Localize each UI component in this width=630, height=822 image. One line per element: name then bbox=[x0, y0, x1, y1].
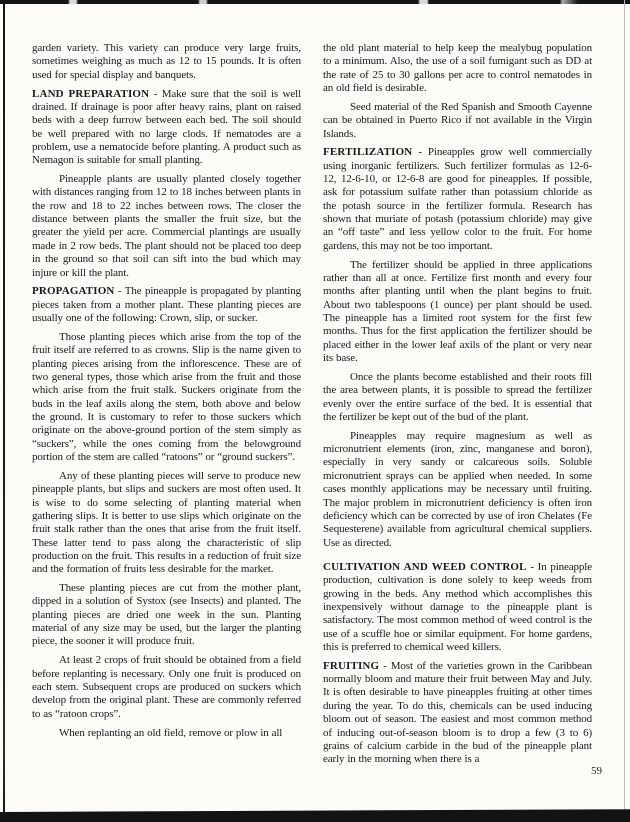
paragraph-fertilizer-applications: The fertilizer should be applied in thre… bbox=[323, 259, 592, 366]
paragraph-micronutrients: Pineapples may require magnesium as well… bbox=[323, 430, 592, 550]
paragraph-garden-variety: garden variety. This variety can produce… bbox=[32, 42, 301, 82]
paragraph-cutting-and-drying: These planting pieces are cut from the m… bbox=[32, 582, 301, 649]
paragraph-plant-spacing: Pineapple plants are usually planted clo… bbox=[32, 173, 301, 280]
paragraph-text: - Pineapples grow well commercially usin… bbox=[323, 146, 592, 251]
paragraph-land-preparation: LAND PREPARATION - Make sure that the so… bbox=[32, 88, 301, 168]
scan-edge-bottom-artifact bbox=[0, 809, 630, 822]
scan-edge-top-artifact bbox=[0, 0, 630, 4]
left-column: garden variety. This variety can produce… bbox=[32, 42, 301, 772]
paragraph-seed-material: Seed material of the Red Spanish and Smo… bbox=[323, 101, 592, 141]
paragraph-slips-and-suckers: Any of these planting pieces will serve … bbox=[32, 470, 301, 577]
paragraph-replanting: When replanting an old field, remove or … bbox=[32, 727, 301, 740]
paragraph-fertilizer-spreading: Once the plants become established and t… bbox=[323, 371, 592, 424]
page-edge-right-line bbox=[624, 0, 625, 822]
paragraph-old-plant-material: the old plant material to help keep the … bbox=[323, 42, 592, 95]
section-heading-fruiting: FRUITING bbox=[323, 660, 379, 672]
page-content: garden variety. This variety can produce… bbox=[32, 42, 592, 772]
paragraph-planting-pieces-types: Those planting pieces which arise from t… bbox=[32, 331, 301, 464]
section-heading-fertilization: FERTILIZATION bbox=[323, 146, 412, 158]
paragraph-text: - Most of the varieties grown in the Car… bbox=[323, 660, 592, 765]
paragraph-text: - In pineapple production, cultivation i… bbox=[323, 561, 592, 653]
paragraph-fruiting: FRUITING - Most of the varieties grown i… bbox=[323, 660, 592, 767]
page-number: 59 bbox=[576, 765, 602, 777]
paragraph-fertilization: FERTILIZATION - Pineapples grow well com… bbox=[323, 146, 592, 253]
paragraph-propagation: PROPAGATION - The pineapple is propagate… bbox=[32, 285, 301, 325]
scanned-page: garden variety. This variety can produce… bbox=[0, 0, 630, 822]
right-column: the old plant material to help keep the … bbox=[323, 42, 592, 772]
section-heading-propagation: PROPAGATION bbox=[32, 285, 115, 297]
scan-edge-left-artifact bbox=[3, 0, 5, 822]
section-heading-cultivation-weed-control: CULTIVATION AND WEED CONTROL bbox=[323, 561, 527, 573]
paragraph-ratoon-crops: At least 2 crops of fruit should be obta… bbox=[32, 654, 301, 721]
section-heading-land-preparation: LAND PREPARATION bbox=[32, 88, 149, 100]
paragraph-cultivation-weed-control: CULTIVATION AND WEED CONTROL - In pineap… bbox=[323, 561, 592, 654]
